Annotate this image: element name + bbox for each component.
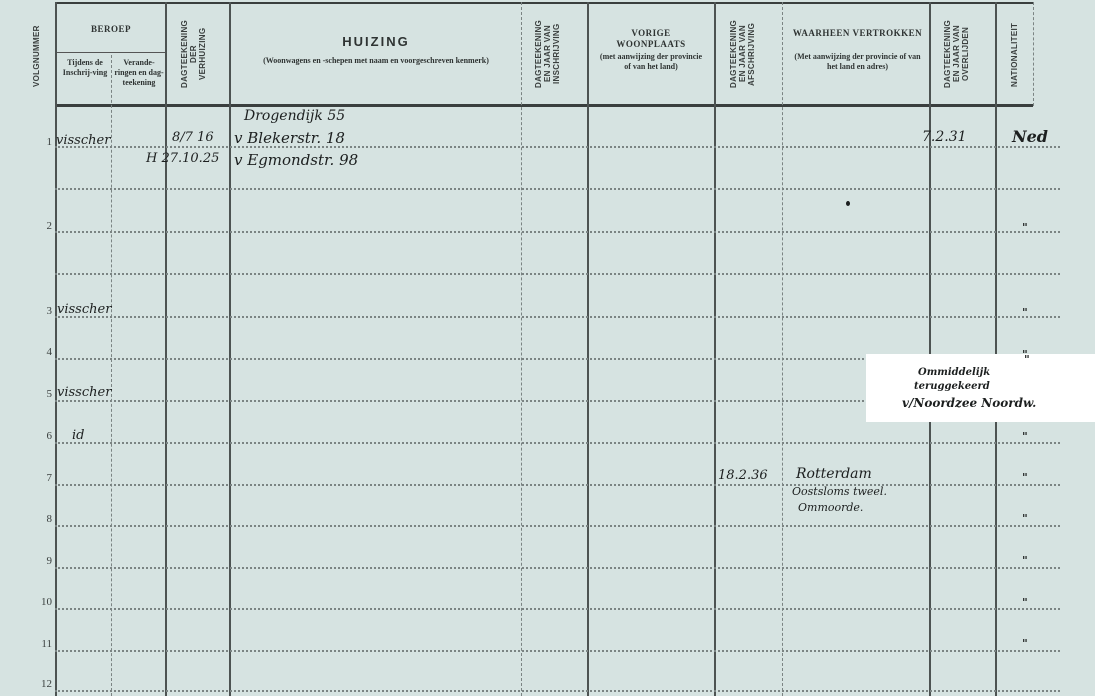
row7-waarheen-3: Ommoorde. [798,501,863,514]
row-line [55,608,1060,610]
ditto-mark: " [1022,430,1028,443]
header-huizing-sub: (Woonwagens en -schepen met naam en voor… [260,56,492,66]
row-line [55,690,1060,692]
ink-dot [846,201,850,206]
pasted-annotation: " Ommiddelijk teruggekeerd v/Noordzee No… [866,354,1095,422]
row1-nationaliteit: Ned [1012,127,1048,146]
top-rule [55,2,1033,4]
column-line [229,2,231,696]
column-line [55,2,57,696]
column-line [995,2,997,696]
row7-waarheen-2: Oostsloms tweel. [792,485,887,498]
ditto-mark: " [1022,306,1028,319]
annotation-line-3: v/Noordzee Noordw. [902,396,1036,410]
row5-beroep: visscher [57,385,111,400]
header-afschrijving: DAGTEEKENING EN JAAR VAN AFSCHRIJVING [729,6,769,102]
header-huizing: HUIZING [231,34,521,49]
row-line [55,484,1060,486]
column-line [782,2,783,696]
ditto-mark: " [1022,221,1028,234]
header-vorige-sub: (met aanwijzing der provincie of van het… [596,52,706,72]
row-line [55,273,1060,275]
header-waarheen: WAARHEEN VERTROKKEN [790,28,925,39]
row-number: 7 [34,472,52,484]
row-line [55,316,1060,318]
column-line [111,55,112,696]
ditto-mark: " [1022,637,1028,650]
header-beroep: BEROEP [57,24,165,35]
row-number: 6 [34,430,52,442]
annotation-line-1: Ommiddelijk [918,367,990,378]
row3-beroep: visscher [57,302,111,317]
register-page: VOLGNUMMER BEROEP Tijdens de Inschrij-vi… [0,0,1095,696]
annotation-line-2: teruggekeerd [914,381,990,392]
ditto-mark: " [1024,353,1030,366]
row1-huizing-2: v Blekerstr. 18 [234,129,345,147]
row-line [55,188,1060,190]
row1-verhuizing-1: 8/7 16 [172,130,214,145]
ditto-mark: " [1022,471,1028,484]
row7-afschrijving: 18.2.36 [718,468,768,483]
row-line [55,525,1060,527]
ditto-mark: " [1022,512,1028,525]
row-number: 5 [34,388,52,400]
row1-overlijden: 7.2.31 [922,129,967,145]
row-number: 2 [34,220,52,232]
row1-verhuizing-2: H 27.10.25 [146,151,219,166]
header-dagteekening-verhuizing: DAGTEEKENING DER VERHUIZING [180,8,216,100]
row-number: 10 [34,596,52,608]
column-line [1033,2,1034,106]
row-number: 4 [34,346,52,358]
header-inschrijving: DAGTEEKENING EN JAAR VAN INSCHRIJVING [534,6,574,102]
header-overlijden: DAGTEEKENING EN JAAR VAN OVERLIJDEN [943,6,983,102]
row1-beroep: visscher [56,133,110,148]
row1-huizing-3: v Egmondstr. 98 [234,151,358,169]
column-line [587,2,589,696]
column-line [714,2,716,696]
header-waarheen-sub: (Met aanwijzing der provincie of van het… [790,52,925,72]
column-line [521,2,522,696]
header-beroep-veranderingen: Verande-ringen en dag-teekening [113,58,165,88]
header-vorige-woonplaats: VORIGE WOONPLAATS [596,28,706,50]
row-line [55,146,1060,148]
header-beroep-tijdens: Tijdens de Inschrij-ving [60,58,110,78]
row1-huizing-1: Drogendijk 55 [244,108,345,124]
row7-waarheen-1: Rotterdam [796,466,872,482]
row-line [55,442,1060,444]
row-line [55,231,1060,233]
ditto-mark: " [1022,596,1028,609]
row-number: 9 [34,555,52,567]
row-number: 1 [34,136,52,148]
column-line [165,2,167,696]
row-number: 3 [34,305,52,317]
row6-beroep: id [72,428,84,443]
row-number: 12 [34,678,52,690]
column-line [929,2,931,696]
header-rule [55,104,1033,107]
header-nationaliteit: NATIONALITEIT [1010,10,1024,100]
row-line [55,567,1060,569]
beroep-subrule [57,52,165,53]
row-number: 8 [34,513,52,525]
header-volgnummer: VOLGNUMMER [32,12,46,100]
ditto-mark: " [1022,554,1028,567]
row-line [55,650,1060,652]
row-number: 11 [34,638,52,650]
